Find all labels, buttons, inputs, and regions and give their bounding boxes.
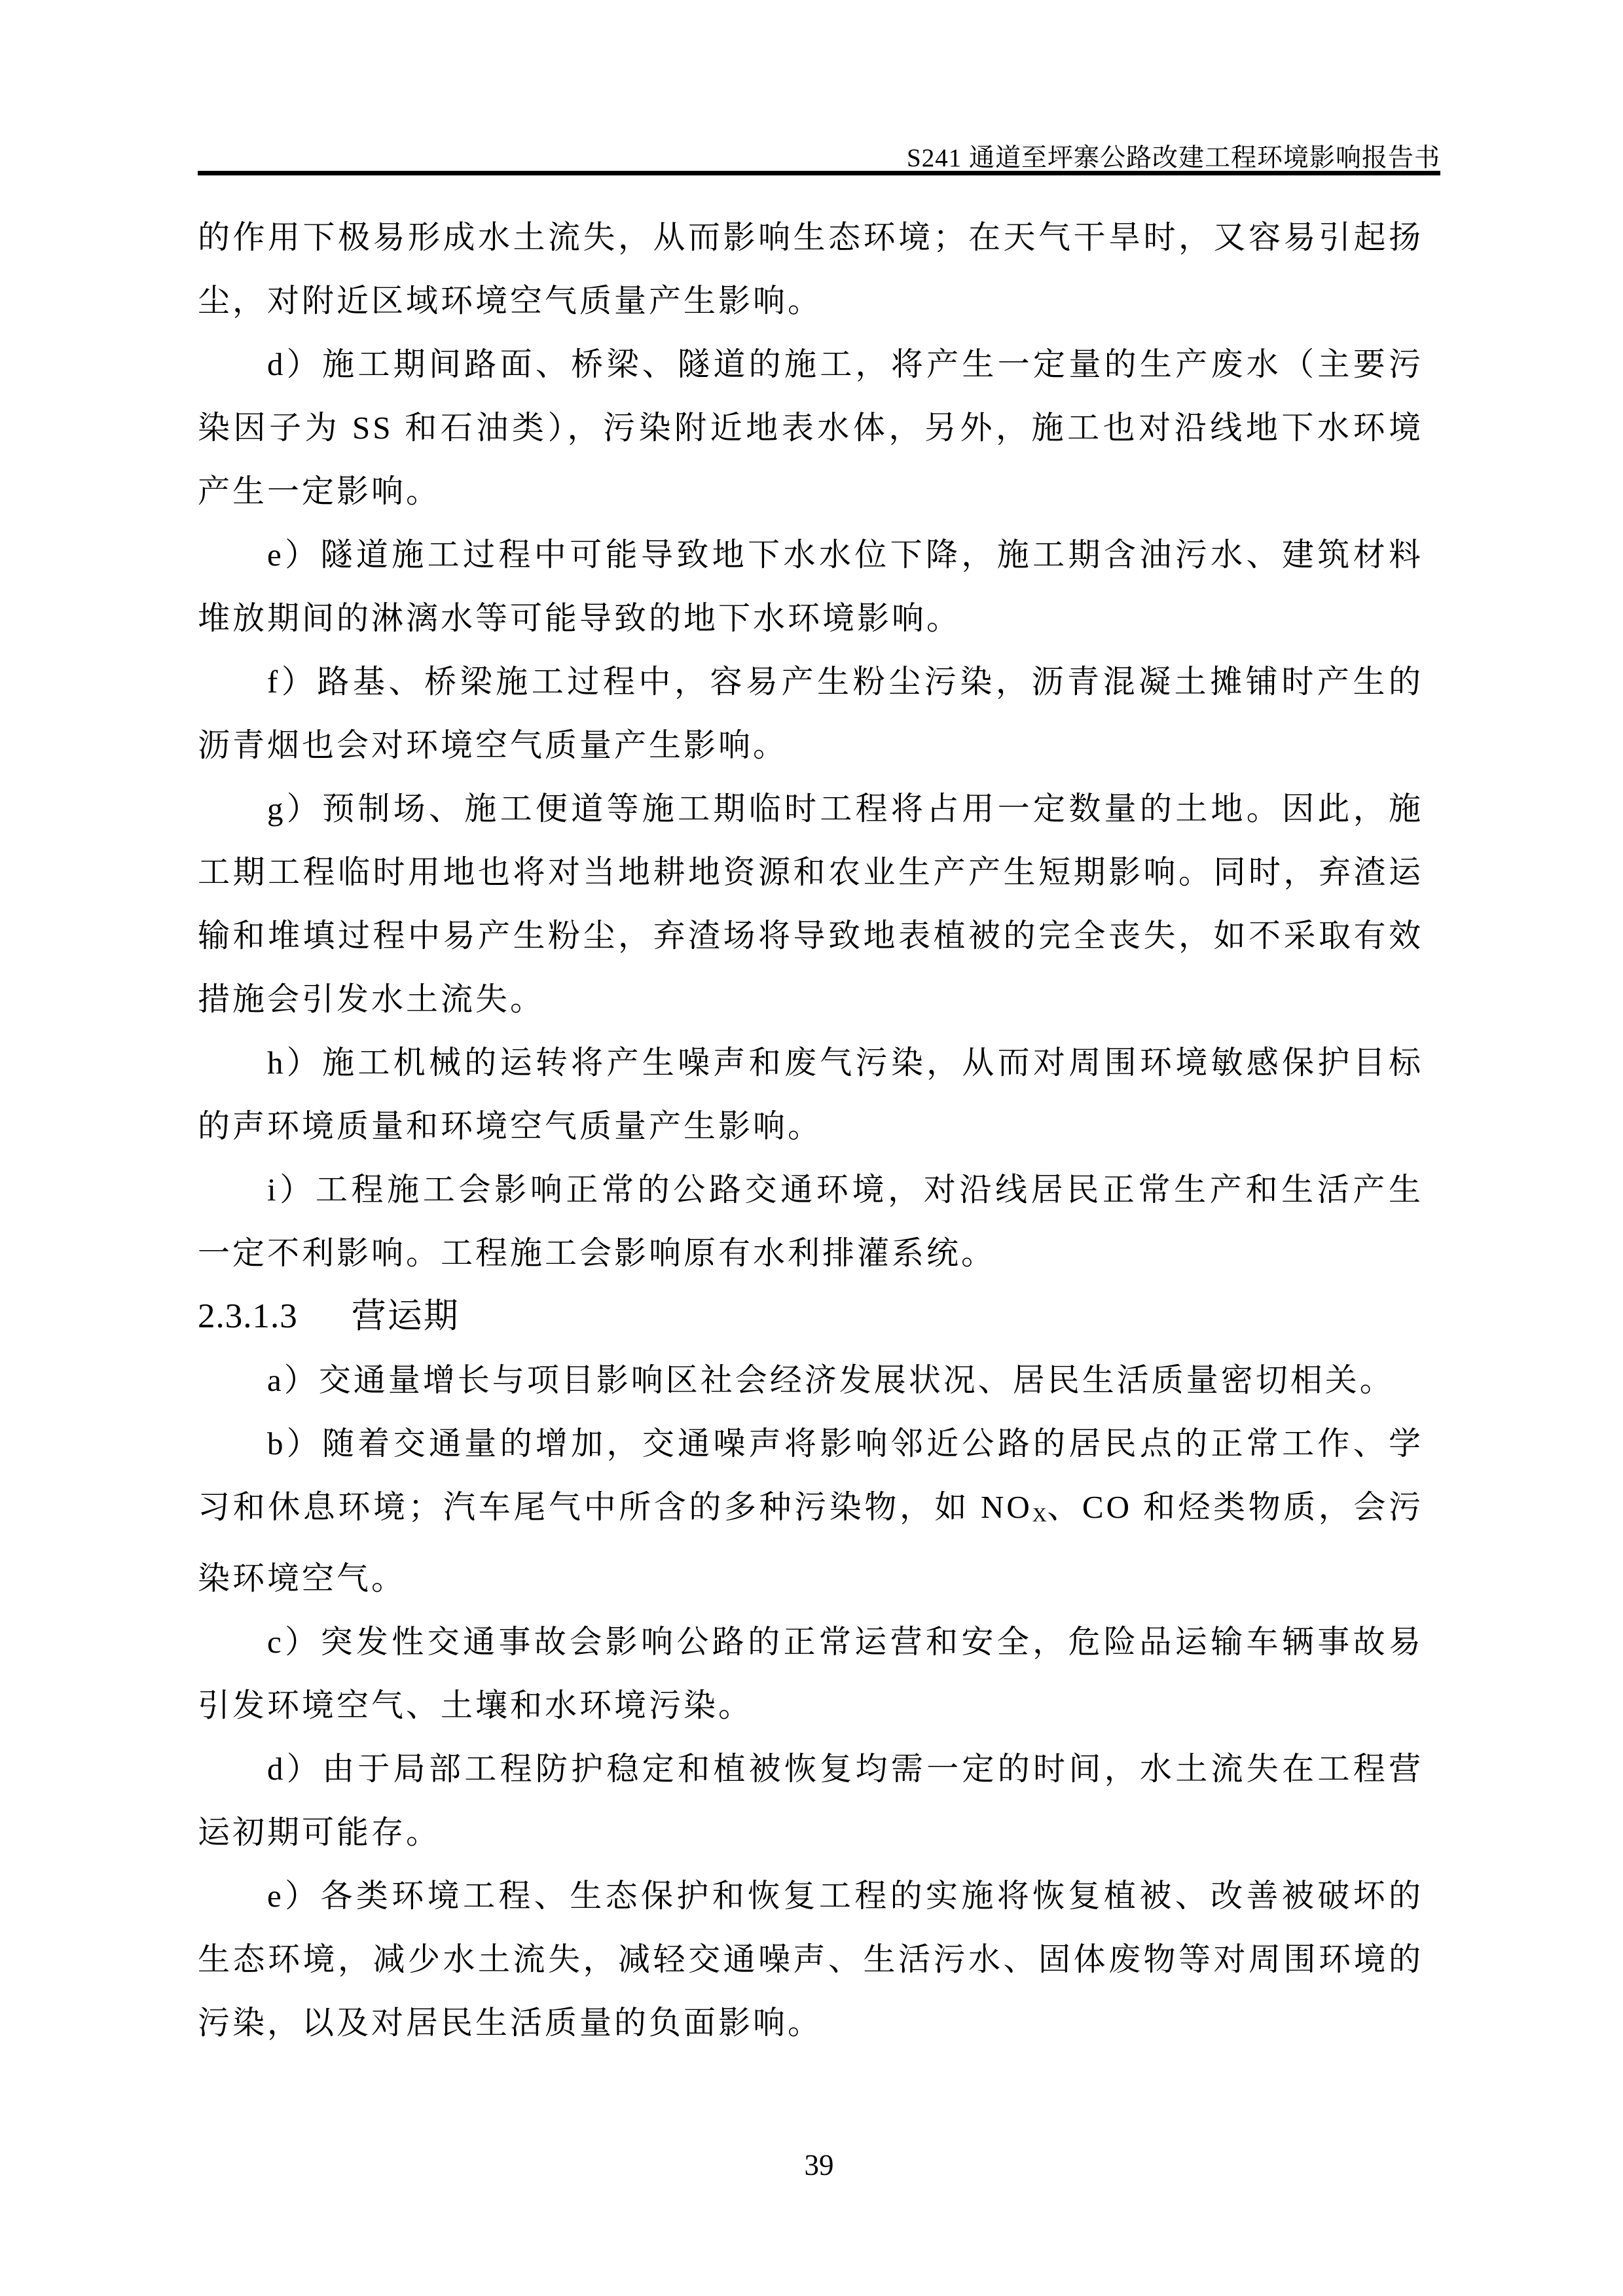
document-page: S241 通道至坪寨公路改建工程环境影响报告书 的作用下极易形成水土流失，从而影…: [0, 0, 1623, 2296]
text-run: 营运期: [352, 1297, 460, 1335]
paragraph: b）随着交通量的增加，交通噪声将影响邻近公路的居民点的正常工作、学习和休息环境；…: [198, 1412, 1423, 1610]
text-run: 2.3.1.3: [198, 1297, 298, 1335]
paragraph: e）各类环境工程、生态保护和恢复工程的实施将恢复植被、改善被破坏的生态环境，减少…: [198, 1864, 1423, 2054]
paragraph: d）由于局部工程防护稳定和植被恢复均需一定的时间，水土流失在工程营运初期可能存。: [198, 1737, 1423, 1864]
text-run: h）施工机械的运转将产生噪声和废气污染，从而对周围环境敏感保护目标的声环境质量和…: [198, 1045, 1423, 1144]
paragraph: h）施工机械的运转将产生噪声和废气污染，从而对周围环境敏感保护目标的声环境质量和…: [198, 1031, 1423, 1158]
subscript-text: X: [1032, 1503, 1047, 1526]
text-run: i）工程施工会影响正常的公路交通环境，对沿线居民正常生产和生活产生一定不利影响。…: [198, 1172, 1423, 1271]
page-footer: 39: [198, 2148, 1440, 2182]
page-number: 39: [805, 2149, 834, 2181]
header-rule: [198, 171, 1440, 175]
paragraph: 的作用下极易形成水土流失，从而影响生态环境；在天气干旱时，又容易引起扬尘，对附近…: [198, 206, 1423, 332]
paragraph: f）路基、桥梁施工过程中，容易产生粉尘污染，沥青混凝土摊铺时产生的沥青烟也会对环…: [198, 650, 1423, 777]
text-run: c）突发性交通事故会影响公路的正常运营和安全，危险品运输车辆事故易引发环境空气、…: [198, 1624, 1423, 1723]
text-run: e）各类环境工程、生态保护和恢复工程的实施将恢复植被、改善被破坏的生态环境，减少…: [198, 1878, 1423, 2041]
paragraph: a）交通量增长与项目影响区社会经济发展状况、居民生活质量密切相关。: [198, 1348, 1423, 1412]
text-run: 的作用下极易形成水土流失，从而影响生态环境；在天气干旱时，又容易引起扬尘，对附近…: [198, 219, 1423, 319]
text-run: d）施工期间路面、桥梁、隧道的施工，将产生一定量的生产废水（主要污染因子为 SS…: [198, 346, 1423, 509]
text-run: e）隧道施工过程中可能导致地下水水位下降，施工期含油污水、建筑材料堆放期间的淋漓…: [198, 537, 1423, 636]
paragraph: e）隧道施工过程中可能导致地下水水位下降，施工期含油污水、建筑材料堆放期间的淋漓…: [198, 523, 1423, 650]
paragraph: c）突发性交通事故会影响公路的正常运营和安全，危险品运输车辆事故易引发环境空气、…: [198, 1610, 1423, 1737]
paragraph: i）工程施工会影响正常的公路交通环境，对沿线居民正常生产和生活产生一定不利影响。…: [198, 1158, 1423, 1285]
text-run: d）由于局部工程防护稳定和植被恢复均需一定的时间，水土流失在工程营运初期可能存。: [198, 1751, 1423, 1850]
section-heading: 2.3.1.3营运期: [198, 1285, 1423, 1348]
text-run: f）路基、桥梁施工过程中，容易产生粉尘污染，沥青混凝土摊铺时产生的沥青烟也会对环…: [198, 664, 1423, 763]
text-run: g）预制场、施工便道等施工期临时工程将占用一定数量的土地。因此，施工期工程临时用…: [198, 791, 1423, 1017]
paragraph: g）预制场、施工便道等施工期临时工程将占用一定数量的土地。因此，施工期工程临时用…: [198, 777, 1423, 1031]
document-content: 的作用下极易形成水土流失，从而影响生态环境；在天气干旱时，又容易引起扬尘，对附近…: [198, 206, 1423, 2054]
running-header-title: S241 通道至坪寨公路改建工程环境影响报告书: [907, 137, 1440, 174]
text-run: a）交通量增长与项目影响区社会经济发展状况、居民生活质量密切相关。: [267, 1362, 1395, 1398]
paragraph: d）施工期间路面、桥梁、隧道的施工，将产生一定量的生产废水（主要污染因子为 SS…: [198, 332, 1423, 523]
